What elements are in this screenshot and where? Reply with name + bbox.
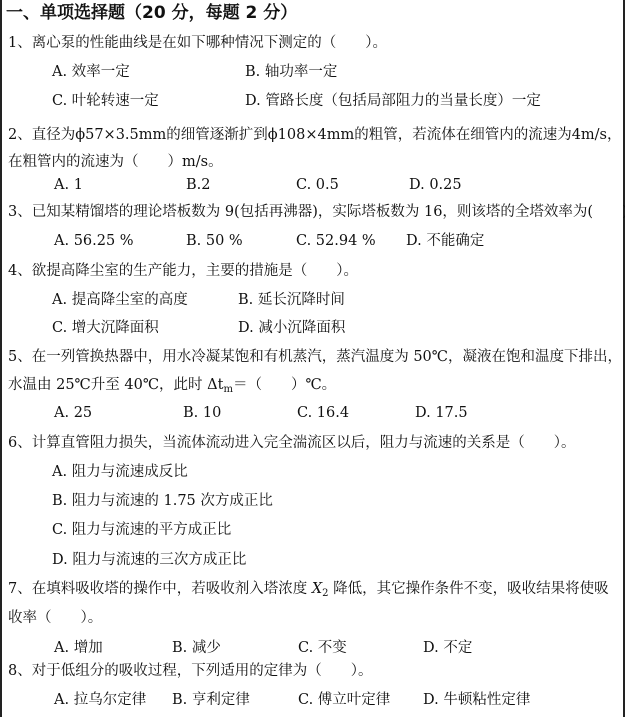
question-2-stem-line1: 2、直径为ϕ57×3.5mm的细管逐渐扩到ϕ108×4mm的粗管，若流体在细管内… [8,125,622,145]
q2-option-b: B.2 [186,175,211,195]
q5-option-b: B. 10 [183,403,221,423]
q5-option-d: D. 17.5 [415,403,468,423]
q6-option-b: B. 阻力与流速的 1.75 次方成正比 [52,491,273,511]
q1-option-d: D. 管路长度（包括局部阻力的当量长度）一定 [245,91,541,111]
q4-option-b: B. 延长沉降时间 [238,290,345,310]
q4-option-a: A. 提高降尘室的高度 [52,290,188,310]
question-2-stem-line2: 在粗管内的流速为（ ）m/s。 [8,152,223,172]
q5-option-a: A. 25 [54,403,92,423]
exam-page: 一、单项选择题（20 分，每题 2 分） 1、离心泵的性能曲线是在如下哪种情况下… [0,0,625,717]
q7-option-c: C. 不变 [298,638,347,658]
q1-option-a: A. 效率一定 [52,62,130,82]
q3-option-d: D. 不能确定 [406,231,484,251]
question-3-stem: 3、已知某精馏塔的理论塔板数为 9(包括再沸器)，实际塔板数为 16，则该塔的全… [8,202,625,222]
q2-option-a: A. 1 [54,175,83,195]
q5-stem-part: 水温由 25℃升至 40℃，此时 Δt [8,377,223,393]
question-5-stem-line1: 5、在一列管换热器中，用水冷凝某饱和有机蒸汽，蒸汽温度为 50℃，凝液在饱和温度… [8,347,622,367]
q6-option-d: D. 阻力与流速的三次方成正比 [52,550,246,570]
question-5-stem-line2: 水温由 25℃升至 40℃，此时 Δtm＝（ ）℃。 [8,375,336,400]
question-6-stem: 6、计算直管阻力损失，当流体流动进入完全湍流区以后，阻力与流速的关系是（ ）。 [8,433,575,453]
q7-stem-part: 降低，其它操作条件不变，吸收结果将使吸 [329,581,609,597]
q3-option-c: C. 52.94 % [296,231,376,251]
q1-option-c: C. 叶轮转速一定 [52,91,159,111]
q8-option-c: C. 傅立叶定律 [298,690,390,710]
question-4-stem: 4、欲提高降尘室的生产能力，主要的措施是（ ）。 [8,261,358,281]
q3-option-b: B. 50 % [186,231,243,251]
question-1-stem: 1、离心泵的性能曲线是在如下哪种情况下测定的（ ）。 [8,33,387,53]
q3-option-a: A. 56.25 % [54,231,134,251]
q5-subscript-m: m [223,384,232,395]
question-8-stem: 8、对于低组分的吸收过程，下列适用的定律为（ ）。 [8,661,372,681]
q7-option-d: D. 不定 [423,638,472,658]
q7-variable-x: X [312,581,322,597]
q4-option-c: C. 增大沉降面积 [52,318,159,338]
q8-option-a: A. 拉乌尔定律 [54,690,146,710]
q5-option-c: C. 16.4 [297,403,349,423]
q7-stem-part: 7、在填料吸收塔的操作中，若吸收剂入塔浓度 [8,581,312,597]
q8-option-d: D. 牛顿粘性定律 [423,690,530,710]
q8-option-b: B. 亨利定律 [172,690,250,710]
q1-option-b: B. 轴功率一定 [245,62,337,82]
question-7-stem-line1: 7、在填料吸收塔的操作中，若吸收剂入塔浓度 X2 降低，其它操作条件不变，吸收结… [8,579,609,604]
q7-option-b: B. 减少 [172,638,221,658]
q7-option-a: A. 增加 [54,638,103,658]
question-7-stem-line2: 收率（ ）。 [8,608,102,628]
q4-option-d: D. 减小沉降面积 [238,318,345,338]
q6-option-a: A. 阻力与流速成反比 [52,462,188,482]
q5-stem-part: ＝（ ）℃。 [233,377,336,393]
q2-option-c: C. 0.5 [296,175,339,195]
section-title: 一、单项选择题（20 分，每题 2 分） [6,3,297,23]
q2-option-d: D. 0.25 [409,175,462,195]
q6-option-c: C. 阻力与流速的平方成正比 [52,520,231,540]
